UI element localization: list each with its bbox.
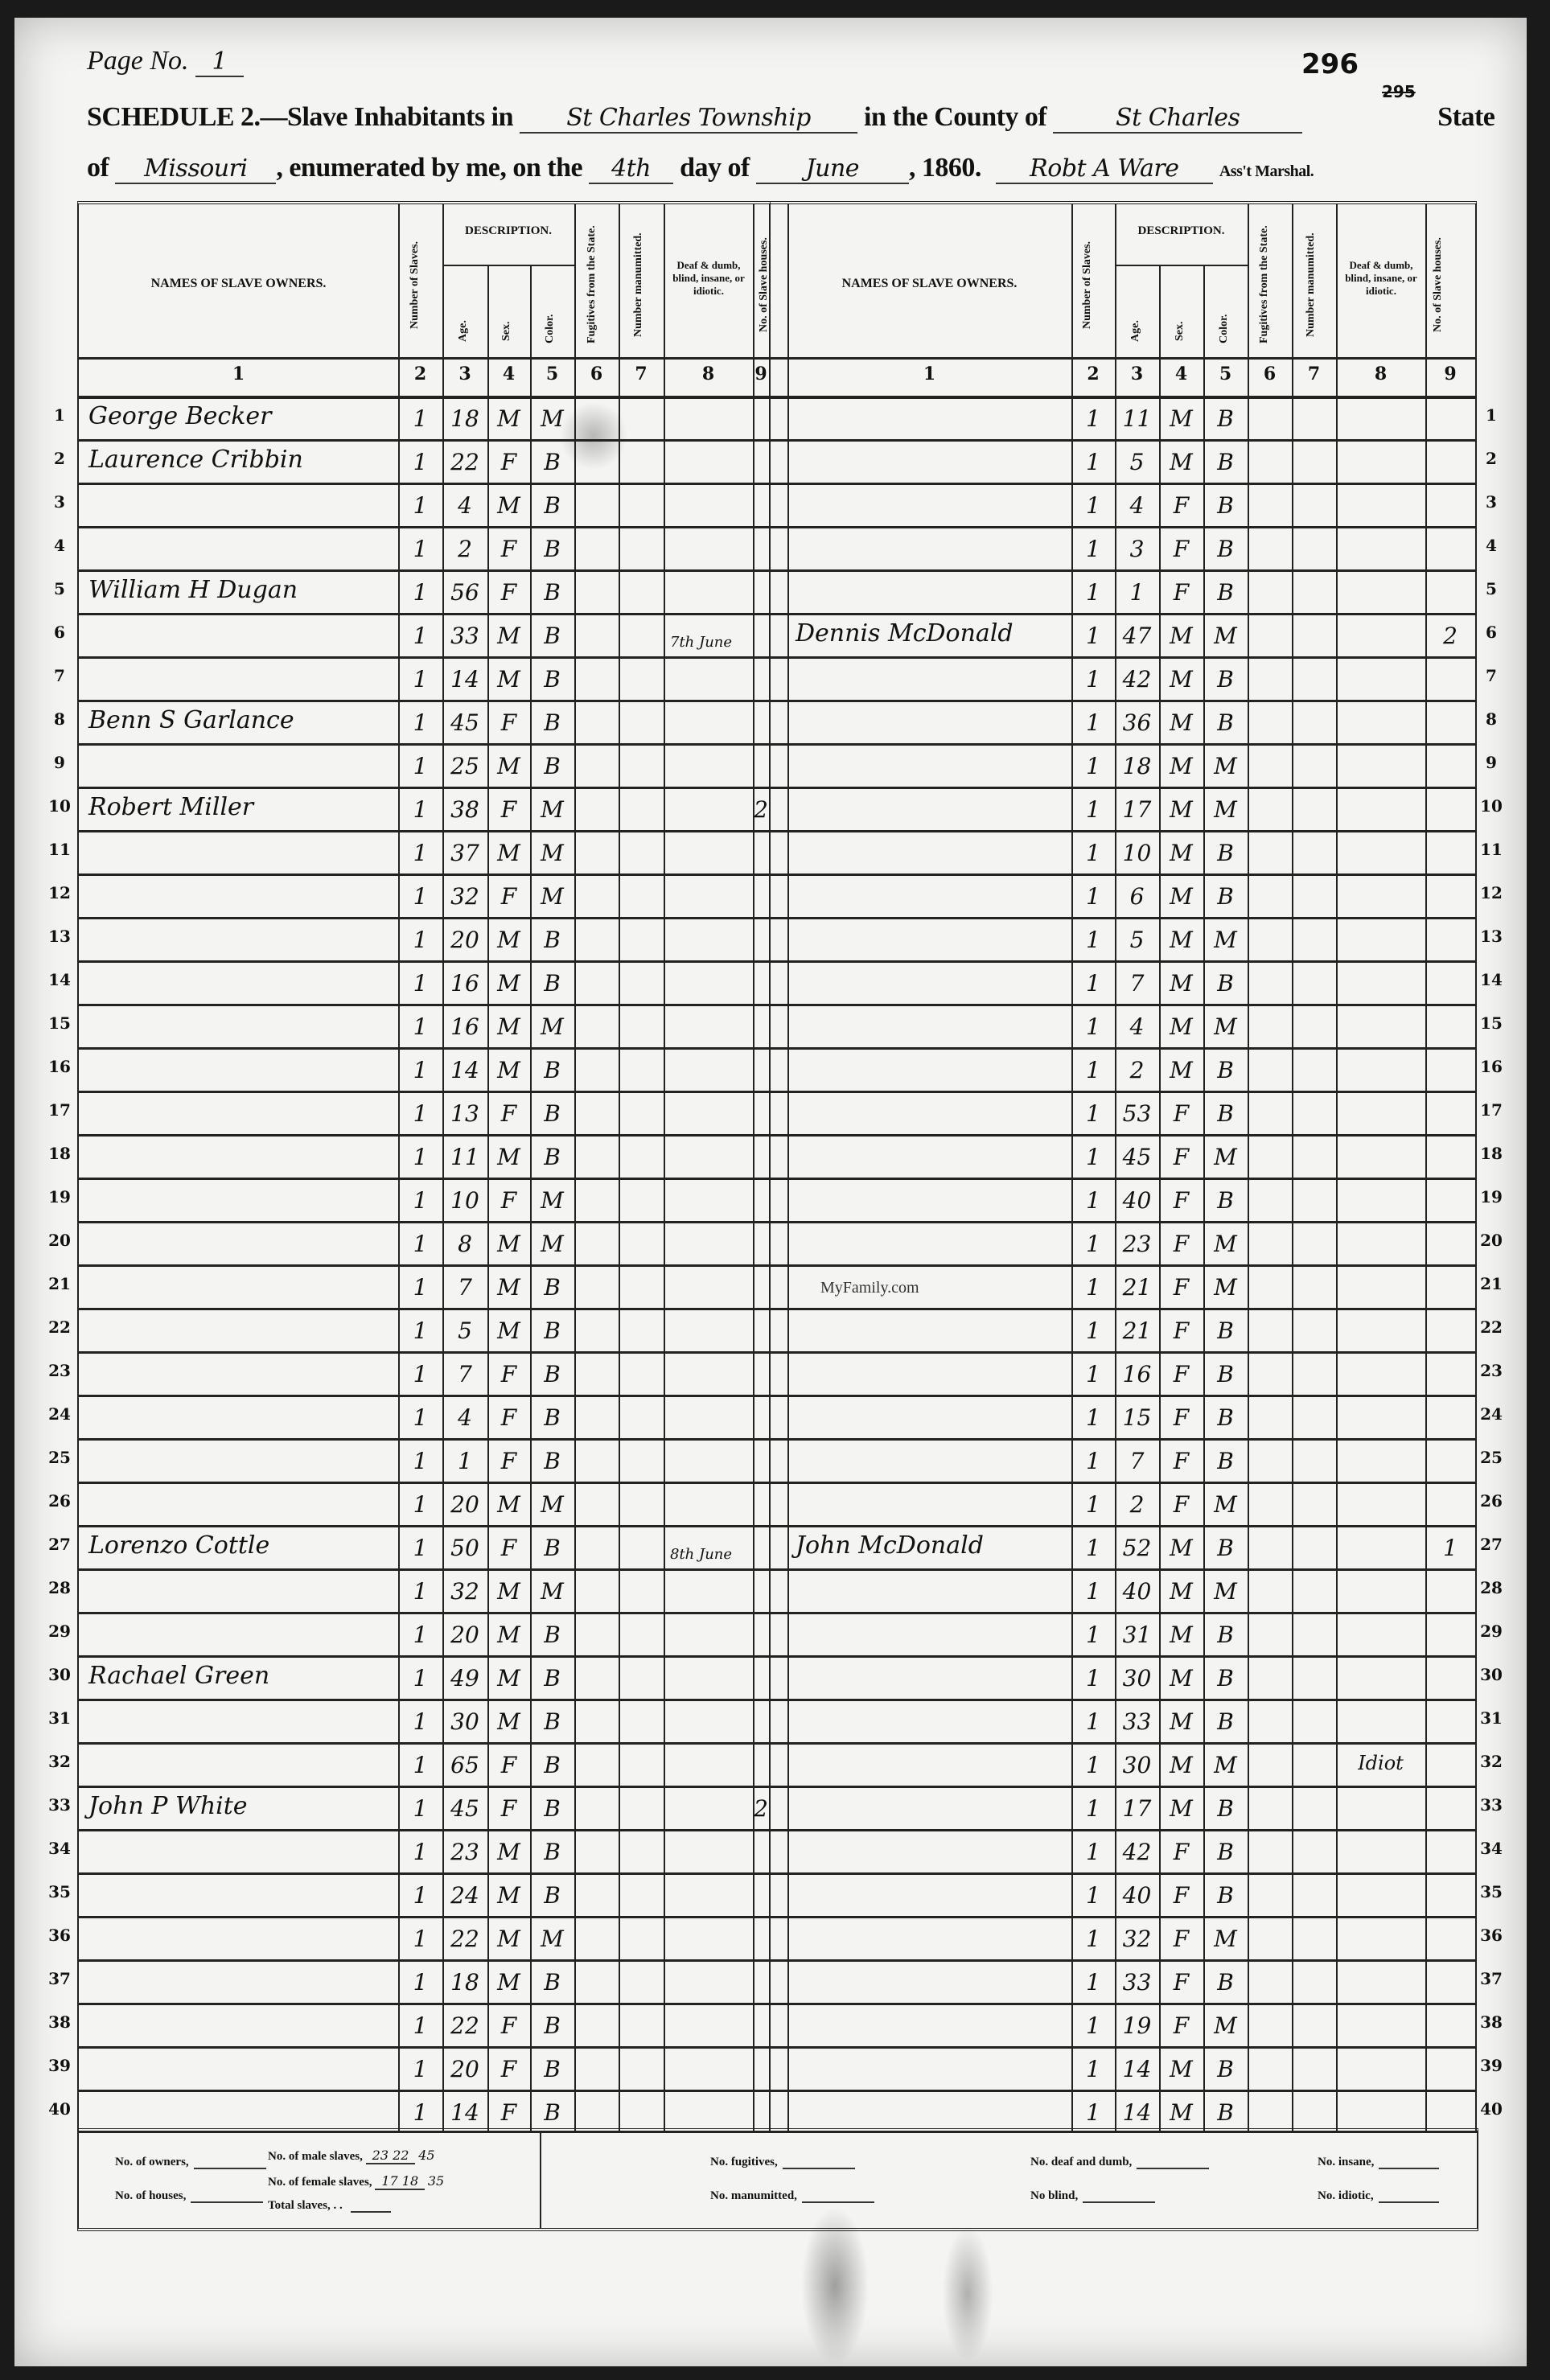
line-number-right: 22 <box>1477 1317 1506 1337</box>
sex: M <box>1159 1013 1203 1040</box>
age: 11 <box>1115 405 1159 432</box>
line-number-left: 3 <box>45 492 74 512</box>
age: 53 <box>1115 1100 1159 1127</box>
col-number-4-right: 4 <box>1159 364 1203 384</box>
row-rule <box>767 1568 1475 1571</box>
line-number-right: 7 <box>1477 666 1506 685</box>
slave-count: 1 <box>398 1317 442 1344</box>
color: M <box>1203 1274 1248 1301</box>
line-number-left: 7 <box>45 666 74 685</box>
slave-count: 1 <box>1071 883 1115 910</box>
row-rule <box>767 1612 1475 1614</box>
sex: M <box>487 405 530 432</box>
row-rule <box>79 1395 769 1397</box>
slave-count: 1 <box>398 1013 442 1040</box>
row-rule <box>79 1872 769 1875</box>
line-number-left: 14 <box>45 970 74 989</box>
line-number-left: 16 <box>45 1057 74 1076</box>
col-number-8-right: 8 <box>1336 364 1425 384</box>
slave-count: 1 <box>1071 840 1115 866</box>
year: , 1860. <box>909 153 981 183</box>
age: 21 <box>1115 1317 1159 1344</box>
col-number-2: 2 <box>398 364 442 384</box>
color: B <box>1203 1448 1248 1474</box>
age: 23 <box>1115 1231 1159 1257</box>
sex: M <box>1159 666 1203 693</box>
insane-count: No. insane, <box>1318 2156 1439 2169</box>
idiotic-count: No. idiotic, <box>1318 2189 1439 2203</box>
age: 7 <box>442 1274 487 1301</box>
sex: F <box>1159 492 1203 519</box>
age: 47 <box>1115 623 1159 649</box>
line-number-right: 20 <box>1477 1231 1506 1250</box>
slave-count: 1 <box>398 1187 442 1214</box>
row-rule <box>767 1786 1475 1788</box>
sex: F <box>487 883 530 910</box>
line-number-left: 1 <box>45 405 74 425</box>
slave-count: 1 <box>1071 1100 1115 1127</box>
male-value: 23 22 <box>366 2148 416 2164</box>
line-number-right: 35 <box>1477 1882 1506 1901</box>
slave-count: 1 <box>398 1839 442 1865</box>
slave-count: 1 <box>398 1231 442 1257</box>
line-number-right: 4 <box>1477 536 1506 555</box>
row-rule <box>79 1786 769 1788</box>
sex: F <box>1159 1491 1203 1518</box>
age: 14 <box>442 2099 487 2126</box>
color: B <box>530 1317 574 1344</box>
line-number-right: 15 <box>1477 1013 1506 1033</box>
owner-name: George Becker <box>88 402 272 430</box>
age: 20 <box>442 2056 487 2082</box>
age: 36 <box>1115 709 1159 736</box>
color: B <box>530 492 574 519</box>
male-label: No. of male slaves, <box>268 2150 363 2163</box>
sex: F <box>1159 1882 1203 1909</box>
sex: F <box>487 2099 530 2126</box>
day-field: 4th <box>589 154 673 184</box>
slave-count: 1 <box>1071 1057 1115 1083</box>
line-number-left: 10 <box>45 796 74 816</box>
age: 18 <box>442 1969 487 1996</box>
color: B <box>530 1448 574 1474</box>
sex: M <box>1159 2099 1203 2126</box>
row-rule <box>79 1699 769 1701</box>
sex: M <box>1159 796 1203 823</box>
sex: F <box>1159 1274 1203 1301</box>
color: B <box>530 1057 574 1083</box>
sex: M <box>487 1622 530 1648</box>
owner-name: Rachael Green <box>88 1662 269 1690</box>
age: 42 <box>1115 1839 1159 1865</box>
fugitives-label: No. fugitives, <box>710 2156 778 2168</box>
row-rule <box>79 700 769 702</box>
slave-houses: 2 <box>1425 623 1475 649</box>
color: M <box>530 1578 574 1605</box>
slave-count: 1 <box>1071 1622 1115 1648</box>
struck-number: 295 <box>1382 82 1416 101</box>
county-label: in the County of <box>864 102 1046 132</box>
row-rule <box>767 613 1475 615</box>
line-number-left: 25 <box>45 1448 74 1467</box>
sex: F <box>487 1752 530 1778</box>
sex: F <box>1159 1317 1203 1344</box>
slave-count: 1 <box>1071 1926 1115 1952</box>
row-rule <box>79 1568 769 1571</box>
row-rule <box>79 917 769 919</box>
col-number-9: 9 <box>753 364 769 384</box>
color: M <box>1203 796 1248 823</box>
slave-count: 1 <box>1071 927 1115 953</box>
age: 4 <box>442 492 487 519</box>
line-number-right: 26 <box>1477 1491 1506 1511</box>
age: 4 <box>1115 1013 1159 1040</box>
sex: M <box>487 1665 530 1691</box>
col-number-3-right: 3 <box>1115 364 1159 384</box>
color: M <box>530 1926 574 1952</box>
row-rule <box>767 1699 1475 1701</box>
color: B <box>1203 1795 1248 1822</box>
sex: M <box>487 1144 530 1170</box>
color: M <box>1203 1013 1248 1040</box>
line-number-right: 9 <box>1477 753 1506 772</box>
row-rule <box>767 526 1475 528</box>
age: 5 <box>442 1317 487 1344</box>
color: B <box>530 666 574 693</box>
slave-count: 1 <box>1071 536 1115 562</box>
age: 32 <box>442 883 487 910</box>
slave-houses: 1 <box>1425 1535 1475 1561</box>
row-rule <box>79 1482 769 1484</box>
line-number-right: 37 <box>1477 1969 1506 1988</box>
col-deaf-blind-right: Deaf & dumb, blind, insane, or idiotic. <box>1338 259 1424 298</box>
age: 20 <box>442 1622 487 1648</box>
owner-name: Lorenzo Cottle <box>88 1531 269 1560</box>
sex: F <box>487 1187 530 1214</box>
sex: M <box>487 1231 530 1257</box>
date-note: 7th June <box>670 634 732 651</box>
line-number-left: 5 <box>45 579 74 598</box>
row-rule <box>767 1742 1475 1745</box>
sex: F <box>1159 2012 1203 2039</box>
owner-name: John McDonald <box>796 1531 984 1560</box>
age: 22 <box>442 2012 487 2039</box>
line-number-left: 38 <box>45 2012 74 2032</box>
color: B <box>530 2056 574 2082</box>
col-color: Color. <box>544 305 557 353</box>
sex: F <box>487 796 530 823</box>
color: B <box>1203 970 1248 997</box>
line-number-right: 18 <box>1477 1144 1506 1163</box>
enumerated-label: , enumerated by me, on the <box>276 153 582 183</box>
line-number-left: 2 <box>45 449 74 468</box>
row-rule <box>767 1178 1475 1180</box>
slave-count: 1 <box>1071 1144 1115 1170</box>
age: 22 <box>442 449 487 475</box>
col-number-6-right: 6 <box>1248 364 1292 384</box>
age: 32 <box>1115 1926 1159 1952</box>
row-rule <box>767 569 1475 572</box>
sex: M <box>1159 1752 1203 1778</box>
row-rule <box>79 1221 769 1223</box>
line-number-left: 21 <box>45 1274 74 1293</box>
line-number-left: 26 <box>45 1491 74 1511</box>
row-rule <box>767 1134 1475 1137</box>
age: 25 <box>442 753 487 779</box>
slave-count: 1 <box>398 796 442 823</box>
deaf-count: No. deaf and dumb, <box>1030 2156 1209 2169</box>
color: B <box>530 970 574 997</box>
marshal-label: Ass't Marshal. <box>1219 162 1314 180</box>
age: 20 <box>442 927 487 953</box>
sex: M <box>487 1578 530 1605</box>
age: 40 <box>1115 1882 1159 1909</box>
sex: F <box>487 1448 530 1474</box>
color: B <box>1203 1535 1248 1561</box>
slave-count: 1 <box>1071 1795 1115 1822</box>
age: 30 <box>1115 1665 1159 1691</box>
col-number-8: 8 <box>664 364 753 384</box>
age: 10 <box>1115 840 1159 866</box>
line-number-right: 34 <box>1477 1839 1506 1858</box>
row-rule <box>79 830 769 832</box>
sex: M <box>487 1926 530 1952</box>
state-label: State <box>1437 102 1494 132</box>
slave-count: 1 <box>398 883 442 910</box>
sex: F <box>487 449 530 475</box>
color: B <box>530 753 574 779</box>
row-rule <box>79 2090 769 2092</box>
slave-count: 1 <box>1071 1969 1115 1996</box>
slave-count: 1 <box>398 840 442 866</box>
female-label: No. of female slaves, <box>268 2176 372 2189</box>
line-number-right: 36 <box>1477 1926 1506 1945</box>
deaf-blind-note: Idiot <box>1336 1752 1425 1774</box>
row-rule <box>79 2003 769 2005</box>
slave-count: 1 <box>398 405 442 432</box>
slave-count: 1 <box>398 1057 442 1083</box>
line-number-right: 38 <box>1477 2012 1506 2032</box>
slave-count: 1 <box>398 1795 442 1822</box>
slave-count: 1 <box>398 623 442 649</box>
row-rule <box>79 1134 769 1137</box>
age: 17 <box>1115 1795 1159 1822</box>
age: 45 <box>1115 1144 1159 1170</box>
sex: M <box>487 666 530 693</box>
sex: F <box>487 709 530 736</box>
color: B <box>1203 1187 1248 1214</box>
color: M <box>1203 927 1248 953</box>
color: B <box>1203 2099 1248 2126</box>
sex: F <box>1159 536 1203 562</box>
owner-name: William H Dugan <box>88 576 298 604</box>
sex: F <box>1159 1404 1203 1431</box>
color: B <box>1203 709 1248 736</box>
sex: M <box>1159 1578 1203 1605</box>
slave-count: 1 <box>1071 1187 1115 1214</box>
row-rule <box>79 1047 769 1050</box>
line-number-right: 30 <box>1477 1665 1506 1684</box>
sex: M <box>1159 405 1203 432</box>
sex: M <box>1159 1057 1203 1083</box>
row-rule <box>767 1525 1475 1527</box>
color: B <box>530 1274 574 1301</box>
sex: M <box>1159 449 1203 475</box>
slave-count: 1 <box>398 666 442 693</box>
sex: M <box>487 927 530 953</box>
col-sex-right: Sex. <box>1174 309 1186 353</box>
slave-count: 1 <box>398 1144 442 1170</box>
slave-count: 1 <box>398 1448 442 1474</box>
owner-name: Benn S Garlance <box>88 706 294 734</box>
col-number-4: 4 <box>487 364 530 384</box>
age: 7 <box>1115 970 1159 997</box>
line-number-right: 23 <box>1477 1361 1506 1380</box>
row-rule <box>79 1091 769 1093</box>
right-table: NAMES OF SLAVE OWNERS. Number of Slaves.… <box>767 201 1477 2133</box>
slave-count: 1 <box>398 1535 442 1561</box>
col-fugitives-right: Fugitives from the State. <box>1258 216 1290 353</box>
row-rule <box>767 1351 1475 1354</box>
age: 32 <box>442 1578 487 1605</box>
slave-count: 1 <box>1071 709 1115 736</box>
slave-count: 1 <box>398 449 442 475</box>
color: M <box>530 883 574 910</box>
slave-count: 1 <box>1071 1013 1115 1040</box>
sex: M <box>487 1057 530 1083</box>
idiotic-label: No. idiotic, <box>1318 2189 1374 2202</box>
row-rule <box>767 1264 1475 1267</box>
slave-count: 1 <box>398 1274 442 1301</box>
row-rule <box>79 526 769 528</box>
color: B <box>530 1404 574 1431</box>
slave-count: 1 <box>398 1926 442 1952</box>
row-rule <box>767 743 1475 746</box>
sex: M <box>1159 927 1203 953</box>
row-rule <box>79 613 769 615</box>
age: 11 <box>442 1144 487 1170</box>
line-number-left: 31 <box>45 1708 74 1728</box>
sex: M <box>1159 623 1203 649</box>
line-number-right: 28 <box>1477 1578 1506 1597</box>
age: 2 <box>1115 1057 1159 1083</box>
age: 16 <box>442 1013 487 1040</box>
blind-label: No blind, <box>1030 2189 1078 2202</box>
color: B <box>530 536 574 562</box>
sex: F <box>487 1795 530 1822</box>
date-note: 8th June <box>670 1546 732 1563</box>
sex: M <box>1159 1708 1203 1735</box>
col-number-7: 7 <box>619 364 664 384</box>
sex: M <box>1159 1795 1203 1822</box>
line-number-left: 37 <box>45 1969 74 1988</box>
line-number-left: 9 <box>45 753 74 772</box>
color: B <box>1203 405 1248 432</box>
color: B <box>530 1144 574 1170</box>
line-number-right: 29 <box>1477 1622 1506 1641</box>
row-rule <box>79 1612 769 1614</box>
sex: M <box>487 970 530 997</box>
col-number-1-right: 1 <box>787 364 1071 384</box>
color: B <box>530 1361 574 1387</box>
slave-count: 1 <box>1071 1839 1115 1865</box>
age: 23 <box>442 1839 487 1865</box>
left-table: NAMES OF SLAVE OWNERS. Number of Slaves.… <box>77 201 771 2133</box>
row-rule <box>79 569 769 572</box>
line-number-left: 40 <box>45 2099 74 2119</box>
enumeration-line: of Missouri, enumerated by me, on the 4t… <box>87 153 1314 184</box>
color: M <box>530 1491 574 1518</box>
line-number-left: 18 <box>45 1144 74 1163</box>
age: 14 <box>1115 2099 1159 2126</box>
row-rule <box>79 1525 769 1527</box>
slave-count: 1 <box>398 1361 442 1387</box>
row-rule <box>767 787 1475 789</box>
slave-count: 1 <box>1071 1665 1115 1691</box>
sex: M <box>487 1969 530 1996</box>
age: 56 <box>442 579 487 606</box>
sex: M <box>1159 1622 1203 1648</box>
slave-houses: 2 <box>753 1795 769 1822</box>
color: M <box>1203 1491 1248 1518</box>
color: B <box>1203 1317 1248 1344</box>
age: 21 <box>1115 1274 1159 1301</box>
col-number-2-right: 2 <box>1071 364 1115 384</box>
color: B <box>530 927 574 953</box>
line-number-right: 25 <box>1477 1448 1506 1467</box>
line-number-left: 36 <box>45 1926 74 1945</box>
slave-count: 1 <box>1071 1317 1115 1344</box>
fugitives-count: No. fugitives, <box>710 2156 855 2169</box>
col-number-3: 3 <box>442 364 487 384</box>
color: B <box>530 1839 574 1865</box>
col-number-1: 1 <box>79 364 398 384</box>
line-number-left: 22 <box>45 1317 74 1337</box>
color: B <box>530 1882 574 1909</box>
age: 33 <box>442 623 487 649</box>
line-number-right: 12 <box>1477 883 1506 902</box>
female-slaves: No. of female slaves, 17 18 35 <box>268 2173 444 2189</box>
slave-count: 1 <box>1071 623 1115 649</box>
sex: F <box>1159 1926 1203 1952</box>
slave-count: 1 <box>1071 1274 1115 1301</box>
slave-count: 1 <box>1071 2012 1115 2039</box>
color: B <box>1203 1361 1248 1387</box>
row-rule <box>79 743 769 746</box>
line-number-left: 39 <box>45 2056 74 2075</box>
row-rule <box>79 2046 769 2049</box>
houses-count: No. of houses, <box>115 2189 263 2203</box>
age: 5 <box>1115 449 1159 475</box>
owner-name: John P White <box>88 1792 248 1820</box>
sex: M <box>1159 2056 1203 2082</box>
line-number-left: 12 <box>45 883 74 902</box>
age: 1 <box>1115 579 1159 606</box>
line-number-left: 15 <box>45 1013 74 1033</box>
line-number-right: 32 <box>1477 1752 1506 1771</box>
col-number-6: 6 <box>574 364 619 384</box>
line-number-right: 11 <box>1477 840 1506 859</box>
age: 18 <box>1115 753 1159 779</box>
sex: M <box>1159 709 1203 736</box>
line-number-right: 2 <box>1477 449 1506 468</box>
color: B <box>530 579 574 606</box>
line-number-left: 27 <box>45 1535 74 1554</box>
color: B <box>1203 1969 1248 1996</box>
slave-count: 1 <box>398 2099 442 2126</box>
age: 22 <box>442 1926 487 1952</box>
color: M <box>1203 623 1248 649</box>
